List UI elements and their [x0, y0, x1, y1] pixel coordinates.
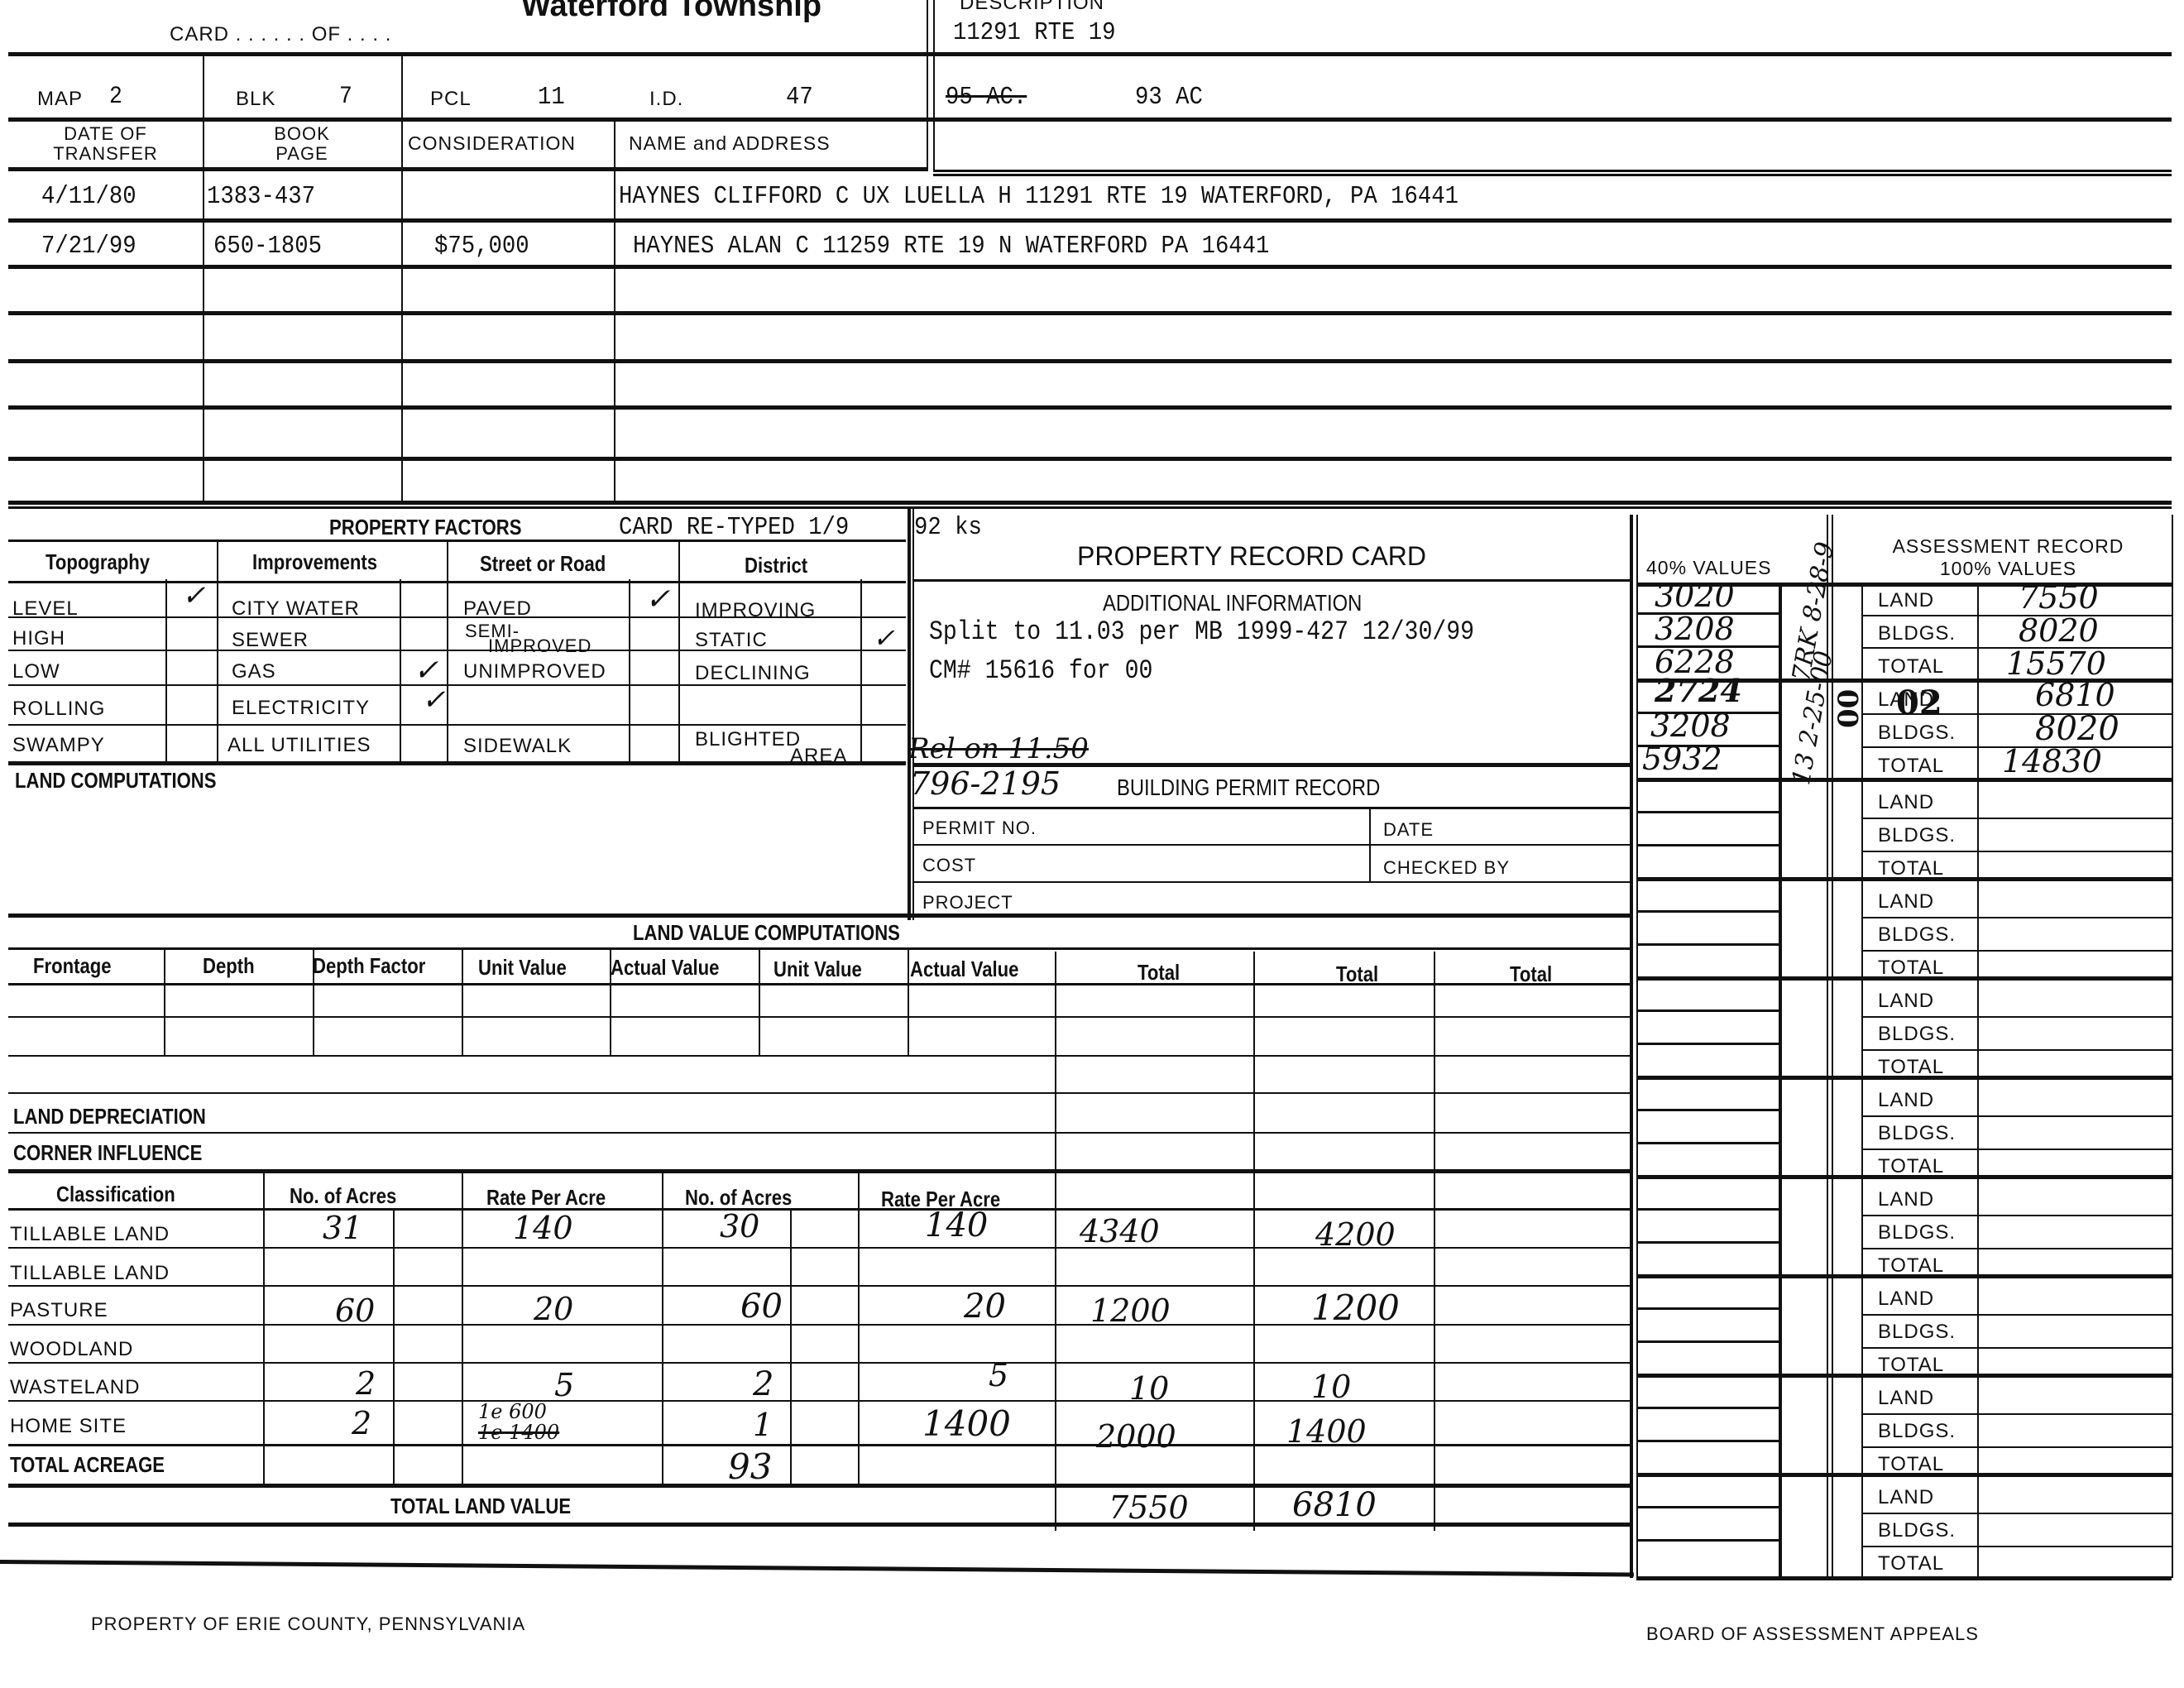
rate-1: 20	[534, 1291, 573, 1327]
land-label: LAND	[1878, 1089, 1934, 1112]
land-label: LAND	[1878, 890, 1934, 914]
values-40-title: 40% VALUES	[1646, 557, 1771, 579]
total-land-value-label: TOTAL LAND VALUE	[390, 1494, 571, 1519]
pcl-label: PCL	[430, 88, 472, 111]
retyped-note-cont: 92 ks	[914, 513, 982, 542]
header-book-page: BOOKPAGE	[203, 124, 401, 164]
rate-1: 5	[554, 1367, 574, 1403]
rate-2: 20	[964, 1288, 1006, 1326]
lvc-title: LAND VALUE COMPUTATIONS	[633, 920, 900, 946]
road-sidewalk: SIDEWALK	[463, 735, 572, 758]
total-acreage-label: TOTAL ACREAGE	[10, 1452, 165, 1478]
corner-influence-label: CORNER INFLUENCE	[13, 1140, 202, 1166]
land-label: LAND	[1878, 688, 1934, 712]
district-blighted: BLIGHTED	[695, 728, 801, 751]
acreage-new: 93 AC	[1135, 83, 1203, 112]
road-improved: IMPROVED	[488, 635, 591, 657]
rate-1-line1: 1e 600	[478, 1400, 547, 1423]
lvc-header-depth: Depth	[203, 953, 255, 979]
total-1: 4340	[1080, 1213, 1160, 1249]
total-2: 10	[1311, 1369, 1351, 1405]
bldgs-value: 8020	[2019, 612, 2099, 649]
record-card-title: PROPERTY RECORD CARD	[1077, 541, 1426, 572]
class-header-rate-1: Rate Per Acre	[486, 1185, 606, 1211]
total-2: 1200	[1311, 1288, 1400, 1328]
pcl-value: 11	[538, 83, 565, 112]
class-header-acres-2: No. of Acres	[685, 1185, 792, 1211]
description-label: DESCRIPTION	[960, 0, 1104, 15]
permit-project-label: PROJECT	[922, 892, 1013, 914]
class-label: PASTURE	[10, 1299, 108, 1322]
lvc-header-unit-value: Unit Value	[478, 955, 567, 981]
rate-1: 140	[513, 1210, 573, 1246]
handwritten-ref: 796-2195	[910, 765, 1061, 802]
handwritten-struck-note: Rel on 11.50	[908, 732, 1089, 765]
class-label: WASTELAND	[10, 1376, 140, 1399]
street-road-header: Street or Road	[480, 551, 606, 577]
bldgs-label: BLDGS.	[1878, 1221, 1956, 1244]
impr-all-utilities: ALL UTILITIES	[227, 734, 371, 757]
acres-2: 1	[753, 1407, 773, 1443]
land-label: LAND	[1878, 1387, 1934, 1410]
bldgs-label: BLDGS.	[1878, 1023, 1956, 1046]
total-1: 1200	[1090, 1292, 1171, 1329]
additional-info-line: Split to 11.03 per MB 1999-427 12/30/99	[929, 616, 1474, 647]
card-of-label: CARD . . . . . . OF . . . .	[170, 23, 391, 46]
impr-city-water: CITY WATER	[232, 597, 360, 621]
acres-1: 2	[352, 1405, 371, 1441]
improvements-header: Improvements	[252, 549, 377, 575]
check-icon[interactable]: ✓	[422, 683, 446, 717]
class-label: HOME SITE	[10, 1415, 127, 1438]
rate-2: 5	[989, 1357, 1008, 1393]
impr-sewer: SEWER	[232, 629, 309, 652]
land-label: LAND	[1878, 1188, 1934, 1211]
district-improving: IMPROVING	[695, 599, 816, 622]
lvc-header-actual-value-2: Actual Value	[910, 957, 1018, 982]
topo-level: LEVEL	[12, 597, 79, 621]
topo-swampy: SWAMPY	[12, 734, 105, 757]
total-label: TOTAL	[1878, 1552, 1944, 1575]
district-declining: DECLINING	[695, 662, 811, 685]
acreage-old: 95 AC.	[946, 83, 1027, 112]
rate-2: 140	[925, 1206, 988, 1244]
additional-info-line: CM# 15616 for 00	[929, 655, 1152, 686]
value-40: 5932	[1642, 741, 1722, 777]
total-2: 1400	[1286, 1413, 1367, 1450]
impr-electricity: ELECTRICITY	[232, 697, 370, 720]
topo-rolling: ROLLING	[12, 698, 105, 721]
total-1: 10	[1129, 1370, 1169, 1407]
retyped-note: CARD RE-TYPED 1/9	[619, 513, 849, 542]
transfer-consideration: $75,000	[434, 232, 529, 261]
road-unimproved: UNIMPROVED	[463, 660, 606, 683]
land-label: LAND	[1878, 990, 1934, 1013]
permit-no-label: PERMIT NO.	[922, 818, 1037, 839]
total-2: 4200	[1315, 1216, 1396, 1253]
lvc-header-total-1: Total	[1137, 960, 1180, 985]
road-paved: PAVED	[463, 597, 532, 621]
topo-high: HIGH	[12, 627, 65, 650]
total-label: TOTAL	[1878, 755, 1944, 778]
land-value: 6810	[2035, 677, 2115, 713]
class-header-classification: Classification	[56, 1182, 175, 1207]
total-land-value-1: 7550	[1109, 1489, 1189, 1526]
id-label: I.D.	[649, 88, 683, 111]
class-label: TILLABLE LAND	[10, 1223, 170, 1246]
permit-checked-by-label: CHECKED BY	[1383, 857, 1510, 879]
acres-2: 60	[740, 1288, 783, 1326]
bldgs-label: BLDGS.	[1878, 722, 1956, 745]
blk-label: BLK	[236, 88, 275, 111]
bldgs-label: BLDGS.	[1878, 1420, 1956, 1443]
transfer-name-address: HAYNES ALAN C 11259 RTE 19 N WATERFORD P…	[633, 232, 1269, 261]
land-label: LAND	[1878, 589, 1934, 612]
district-header: District	[745, 553, 807, 578]
lvc-header-depth-factor: Depth Factor	[313, 953, 425, 979]
class-label: TILLABLE LAND	[10, 1262, 170, 1285]
year-marker: 00	[1832, 689, 1865, 728]
transfer-name-address: HAYNES CLIFFORD C UX LUELLA H 11291 RTE …	[619, 182, 1458, 211]
land-label: LAND	[1878, 1486, 1934, 1509]
footer-board: BOARD OF ASSESSMENT APPEALS	[1646, 1623, 1979, 1645]
total-label: TOTAL	[1878, 655, 1944, 679]
value-40: 3208	[1655, 611, 1735, 647]
header-name-address: NAME and ADDRESS	[629, 132, 831, 155]
transfer-book-page: 1383-437	[207, 182, 315, 211]
check-icon[interactable]: ✓	[414, 654, 438, 688]
acres-1: 2	[356, 1365, 376, 1402]
check-icon[interactable]: ✓	[182, 579, 206, 612]
permit-date-label: DATE	[1383, 819, 1434, 841]
lvc-header-frontage: Frontage	[33, 953, 112, 979]
building-permit-title: BUILDING PERMIT RECORD	[1117, 774, 1380, 801]
township-title: Waterford Township	[521, 0, 821, 24]
rate-1-line2: 1e 1400	[478, 1421, 559, 1444]
total-acreage-value: 93	[728, 1446, 772, 1487]
bldgs-label: BLDGS.	[1878, 1321, 1956, 1344]
lvc-header-unit-value-2: Unit Value	[773, 957, 862, 982]
topo-low: LOW	[12, 660, 60, 683]
total-value: 14830	[2002, 743, 2102, 779]
transfer-date: 4/11/80	[41, 182, 136, 211]
topography-header: Topography	[45, 549, 150, 575]
bldgs-label: BLDGS.	[1878, 622, 1956, 645]
description-value: 11291 RTE 19	[953, 18, 1115, 47]
check-icon[interactable]: ✓	[873, 622, 895, 654]
transfer-date: 7/21/99	[41, 232, 136, 261]
map-value: 2	[109, 83, 122, 111]
rate-2: 1400	[922, 1403, 1011, 1444]
acres-2: 2	[753, 1365, 773, 1403]
impr-gas: GAS	[232, 660, 276, 683]
total-1: 2000	[1096, 1418, 1176, 1455]
land-computations-title: LAND COMPUTATIONS	[15, 768, 216, 794]
land-value: 7550	[2019, 579, 2099, 616]
land-label: LAND	[1878, 1288, 1934, 1311]
class-label: WOODLAND	[10, 1338, 133, 1361]
id-value: 47	[786, 83, 813, 112]
lvc-header-actual-value: Actual Value	[611, 955, 719, 981]
value-40: 3208	[1650, 707, 1731, 744]
blk-value: 7	[339, 83, 352, 111]
additional-info-title: ADDITIONAL INFORMATION	[1103, 590, 1362, 616]
assessment-record-title: ASSESSMENT RECORD100% VALUES	[1845, 535, 2172, 580]
land-depreciation-label: LAND DEPRECIATION	[13, 1104, 206, 1129]
district-static: STATIC	[695, 629, 768, 652]
property-factors-title: PROPERTY FACTORS	[329, 515, 522, 540]
class-header-acres-1: No. of Acres	[290, 1183, 396, 1209]
bldgs-label: BLDGS.	[1878, 1122, 1956, 1145]
bldgs-label: BLDGS.	[1878, 824, 1956, 847]
header-date-of-transfer: DATE OFTRANSFER	[8, 124, 203, 164]
land-label: LAND	[1878, 791, 1934, 814]
header-consideration: CONSIDERATION	[408, 132, 576, 155]
acres-1: 60	[335, 1292, 375, 1329]
bldgs-label: BLDGS.	[1878, 1519, 1956, 1542]
map-label: MAP	[37, 88, 83, 111]
value-40: 2724	[1655, 672, 1742, 709]
bldgs-label: BLDGS.	[1878, 923, 1956, 947]
total-land-value-2: 6810	[1292, 1486, 1377, 1524]
value-40: 3020	[1655, 578, 1735, 614]
district-area: AREA	[790, 745, 847, 768]
check-icon[interactable]: ✓	[645, 583, 670, 616]
permit-cost-label: COST	[922, 855, 976, 876]
footer-property-of: PROPERTY OF ERIE COUNTY, PENNSYLVANIA	[91, 1614, 525, 1635]
acres-1: 31	[323, 1210, 362, 1246]
transfer-book-page: 650-1805	[213, 232, 322, 261]
acres-2: 30	[720, 1208, 759, 1244]
